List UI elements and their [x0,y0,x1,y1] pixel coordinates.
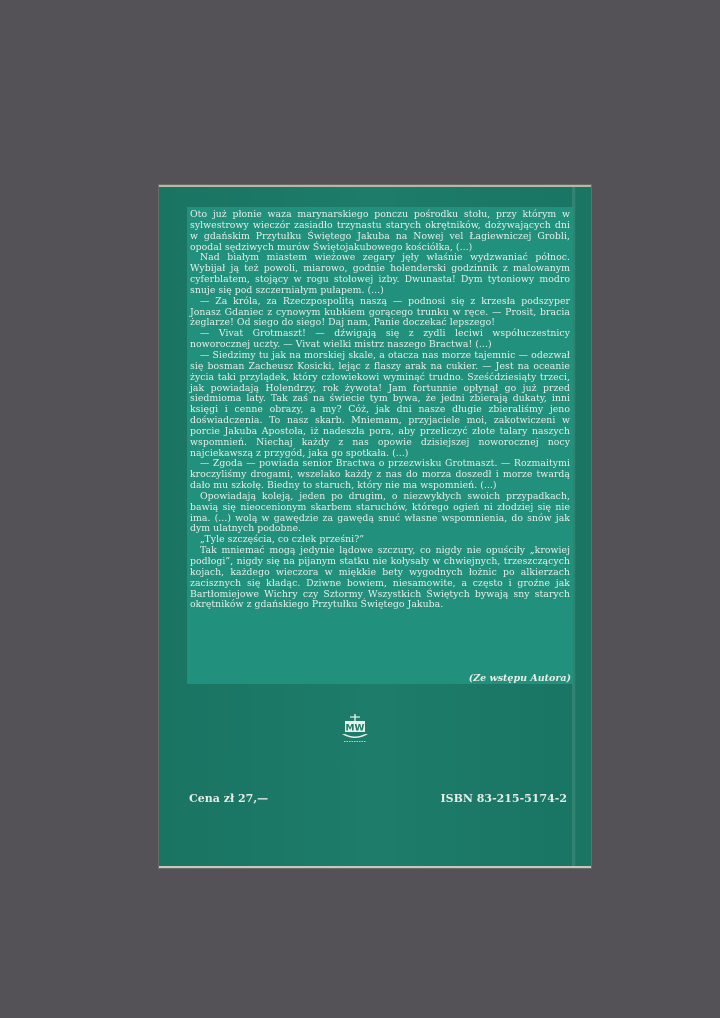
ship-icon: MW [341,713,369,743]
blurb-paragraph: — Za króla, za Rzeczpospolitą naszą — po… [190,297,570,330]
blurb-paragraph: Opowiadają koleją, jeden po drugim, o ni… [190,492,570,535]
blurb-paragraph: Nad białym miastem wieżowe zegary jęły w… [190,253,570,296]
blurb-paragraph: — Siedzimy tu jak na morskiej skale, a o… [190,351,570,459]
svg-text:MW: MW [346,724,365,734]
blurb-text: Oto już płonie waza marynarskiego ponczu… [190,210,570,611]
price-label: Cena zł 27,— [189,792,268,805]
isbn-label: ISBN 83-215-5174-2 [440,792,567,805]
publisher-logo: MW [341,713,369,743]
blurb-paragraph: Oto już płonie waza marynarskiego ponczu… [190,210,570,253]
book-back-cover: Oto już płonie waza marynarskiego ponczu… [159,185,591,868]
attribution: (Ze wstępu Autora) [469,673,571,684]
blurb-paragraph: — Zgoda — powiada senior Bractwa o przez… [190,459,570,492]
blurb-paragraph: Tak mniemać mogą jedynie lądowe szczury,… [190,546,570,611]
blurb-paragraph: — Vivat Grotmaszt! — dźwigają się z zydl… [190,329,570,351]
